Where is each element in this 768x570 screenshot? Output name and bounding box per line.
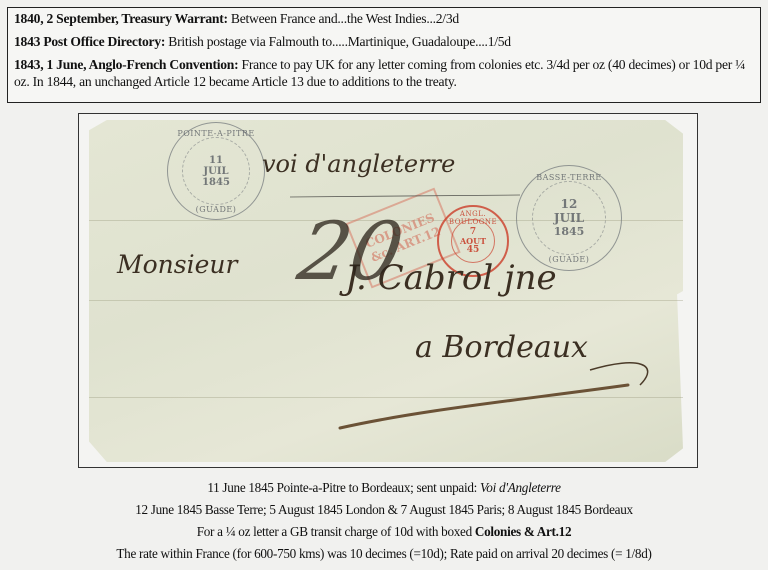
caption-bold: Colonies & Art.12 <box>475 524 571 539</box>
caption-text: For a ¼ oz letter a GB transit charge of… <box>197 524 475 539</box>
caption-rate: The rate within France (for 600-750 kms)… <box>0 546 768 562</box>
caption-dates: 12 June 1845 Basse Terre; 5 August 1845 … <box>0 502 768 518</box>
caption-route: 11 June 1845 Pointe-a-Pitre to Bordeaux;… <box>0 480 768 496</box>
caption-text: 11 June 1845 Pointe-a-Pitre to Bordeaux;… <box>207 480 480 495</box>
caption-transit-charge: For a ¼ oz letter a GB transit charge of… <box>0 524 768 540</box>
caption-italic: Voi d'Angleterre <box>480 480 561 495</box>
